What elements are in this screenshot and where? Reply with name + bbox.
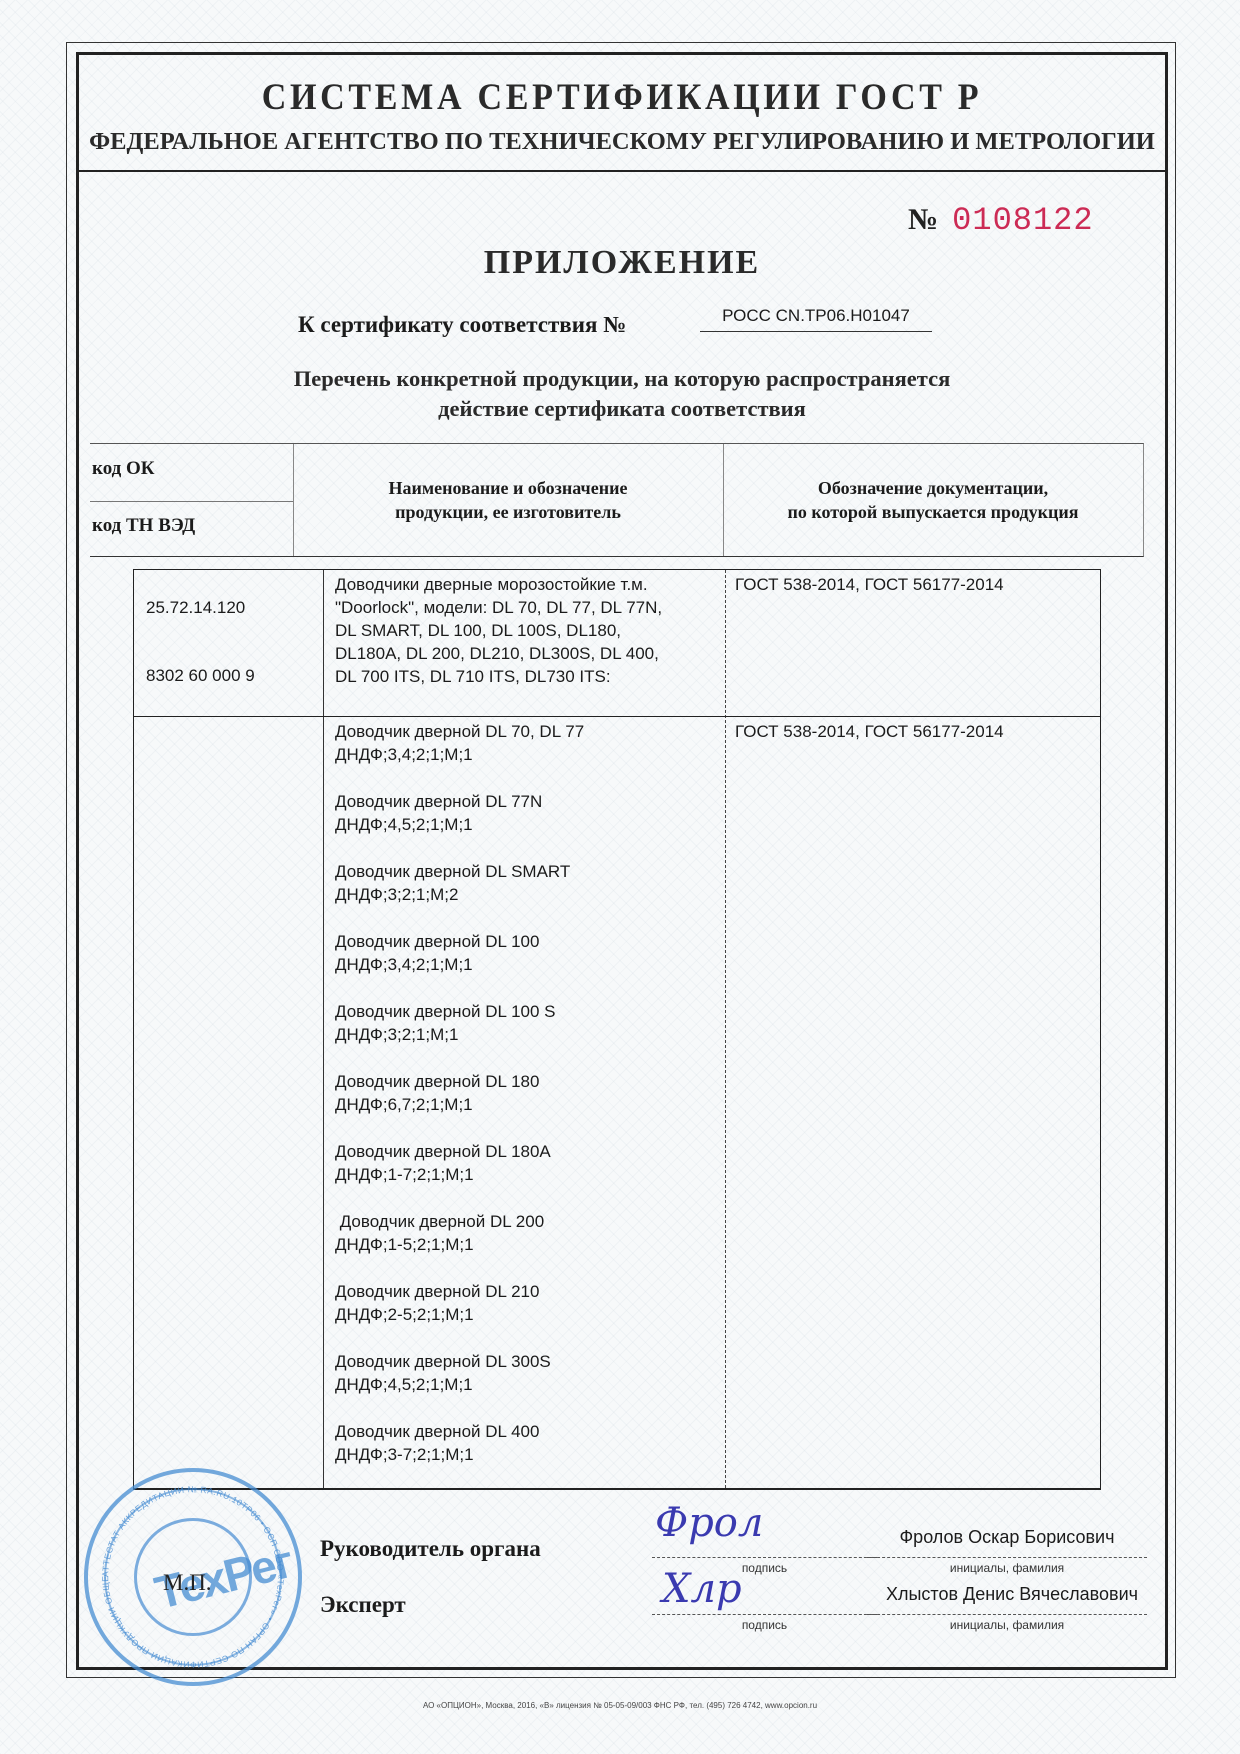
- list-title-line2: действие сертификата соответствия: [76, 394, 1168, 424]
- product-item: Доводчик дверной DL 400ДНДФ;3-7;2;1;М;1: [335, 1420, 715, 1466]
- expert-label: Эксперт: [320, 1592, 406, 1618]
- row1-documentation: ГОСТ 538-2014, ГОСТ 56177-2014: [735, 573, 1004, 596]
- system-title: СИСТЕМА СЕРТИФИКАЦИИ ГОСТ Р: [120, 76, 1125, 119]
- row1-description: Доводчики дверные морозостойкие т.м. "Do…: [335, 573, 720, 688]
- header-documentation-text: Обозначение документации, по которой вып…: [787, 476, 1078, 524]
- product-item: Доводчик дверной DL 180AДНДФ;1-7;2;1;М;1: [335, 1140, 715, 1186]
- product-name: Доводчик дверной DL 180A: [335, 1140, 715, 1163]
- product-name: Доводчик дверной DL 400: [335, 1420, 715, 1443]
- product-item: Доводчик дверной DL 200ДНДФ;1-5;2;1;М;1: [335, 1210, 715, 1256]
- head-name-line: [867, 1557, 1147, 1558]
- product-item: Доводчик дверной DL 100 SДНДФ;3;2;1;М;1: [335, 1000, 715, 1046]
- product-name: Доводчик дверной DL 77N: [335, 790, 715, 813]
- header-product-name-text: Наименование и обозначение продукции, ее…: [389, 476, 628, 524]
- product-code: ДНДФ;1-7;2;1;М;1: [335, 1163, 715, 1186]
- product-name: Доводчик дверной DL 100 S: [335, 1000, 715, 1023]
- row1-code-tn-ved: 8302 60 000 9: [146, 664, 255, 687]
- product-code: ДНДФ;3-7;2;1;М;1: [335, 1443, 715, 1466]
- number-sign: №: [908, 203, 938, 236]
- header-code-ok: код ОК: [92, 458, 155, 480]
- product-code: ДНДФ;3;2;1;М;2: [335, 883, 715, 906]
- expert-name-line: [867, 1614, 1147, 1615]
- head-signature-line: [652, 1557, 877, 1558]
- row-divider: [134, 716, 1100, 717]
- header-code-tn-ved: код ТН ВЭД: [92, 515, 195, 537]
- column-divider: [725, 570, 726, 1488]
- product-item: Доводчик дверной DL 70, DL 77ДНДФ;3,4;2;…: [335, 720, 715, 766]
- row2-products: Доводчик дверной DL 70, DL 77ДНДФ;3,4;2;…: [335, 720, 715, 1490]
- products-table: 25.72.14.120 8302 60 000 9 Доводчики две…: [133, 569, 1101, 1490]
- product-code: ДНДФ;3,4;2;1;М;1: [335, 743, 715, 766]
- product-item: Доводчик дверной DL 77NДНДФ;4,5;2;1;М;1: [335, 790, 715, 836]
- table-header: код ОК код ТН ВЭД Наименование и обознач…: [90, 443, 1144, 557]
- product-code: ДНДФ;6,7;2;1;М;1: [335, 1093, 715, 1116]
- product-code: ДНДФ;2-5;2;1;М;1: [335, 1303, 715, 1326]
- product-name: Доводчик дверной DL 200: [335, 1210, 715, 1233]
- expert-name-caption: инициалы, фамилия: [867, 1618, 1147, 1632]
- list-title-line1: Перечень конкретной продукции, на котору…: [76, 364, 1168, 394]
- product-code: ДНДФ;4,5;2;1;М;1: [335, 813, 715, 836]
- product-code: ДНДФ;3;2;1;М;1: [335, 1023, 715, 1046]
- product-name: Доводчик дверной DL 180: [335, 1070, 715, 1093]
- expert-name: Хлыстов Денис Вячеславович: [867, 1584, 1157, 1605]
- row1-codes: 25.72.14.120 8302 60 000 9: [146, 573, 255, 732]
- form-number: №0108122: [908, 200, 1094, 239]
- printer-imprint: АО «ОПЦИОН», Москва, 2016, «В» лицензия …: [0, 1701, 1240, 1710]
- header-documentation: Обозначение документации, по которой вып…: [723, 444, 1143, 556]
- product-name: Доводчик дверной DL 70, DL 77: [335, 720, 715, 743]
- row1-code-ok: 25.72.14.120: [146, 596, 255, 619]
- appendix-title: ПРИЛОЖЕНИЕ: [76, 244, 1168, 282]
- head-name-caption: инициалы, фамилия: [867, 1561, 1147, 1575]
- list-title: Перечень конкретной продукции, на котору…: [76, 364, 1168, 424]
- product-name: Доводчик дверной DL 100: [335, 930, 715, 953]
- product-code: ДНДФ;3,4;2;1;М;1: [335, 953, 715, 976]
- expert-signature: Хлр: [662, 1566, 742, 1612]
- product-name: Доводчик дверной DL SMART: [335, 860, 715, 883]
- header-product-name: Наименование и обозначение продукции, ее…: [293, 444, 724, 556]
- head-signature: Фрол: [655, 1500, 763, 1546]
- product-item: Доводчик дверной DL 300SДНДФ;4,5;2;1;М;1: [335, 1350, 715, 1396]
- form-number-value: 0108122: [952, 202, 1093, 239]
- column-divider: [323, 570, 324, 1488]
- product-item: Доводчик дверной DL 210ДНДФ;2-5;2;1;М;1: [335, 1280, 715, 1326]
- head-name: Фролов Оскар Борисович: [867, 1527, 1147, 1548]
- product-name: Доводчик дверной DL 210: [335, 1280, 715, 1303]
- product-name: Доводчик дверной DL 300S: [335, 1350, 715, 1373]
- agency-title: ФЕДЕРАЛЬНОЕ АГЕНТСТВО ПО ТЕХНИЧЕСКОМУ РЕ…: [76, 128, 1168, 156]
- head-label: Руководитель органа: [320, 1536, 541, 1562]
- expert-signature-caption: подпись: [652, 1618, 877, 1632]
- row2-documentation: ГОСТ 538-2014, ГОСТ 56177-2014: [735, 720, 1004, 743]
- to-certificate-label: К сертификату соответствия №: [298, 312, 626, 338]
- product-item: Доводчик дверной DL 180ДНДФ;6,7;2;1;М;1: [335, 1070, 715, 1116]
- product-item: Доводчик дверной DL 100ДНДФ;3,4;2;1;М;1: [335, 930, 715, 976]
- seal-place-label: М.П.: [163, 1570, 212, 1596]
- header-codes-divider: [90, 501, 293, 502]
- expert-signature-line: [652, 1614, 877, 1615]
- product-code: ДНДФ;1-5;2;1;М;1: [335, 1233, 715, 1256]
- certificate-number: РОСС CN.ТР06.Н01047: [700, 306, 932, 332]
- product-item: Доводчик дверной DL SMARTДНДФ;3;2;1;М;2: [335, 860, 715, 906]
- header-divider: [76, 170, 1168, 172]
- product-code: ДНДФ;4,5;2;1;М;1: [335, 1373, 715, 1396]
